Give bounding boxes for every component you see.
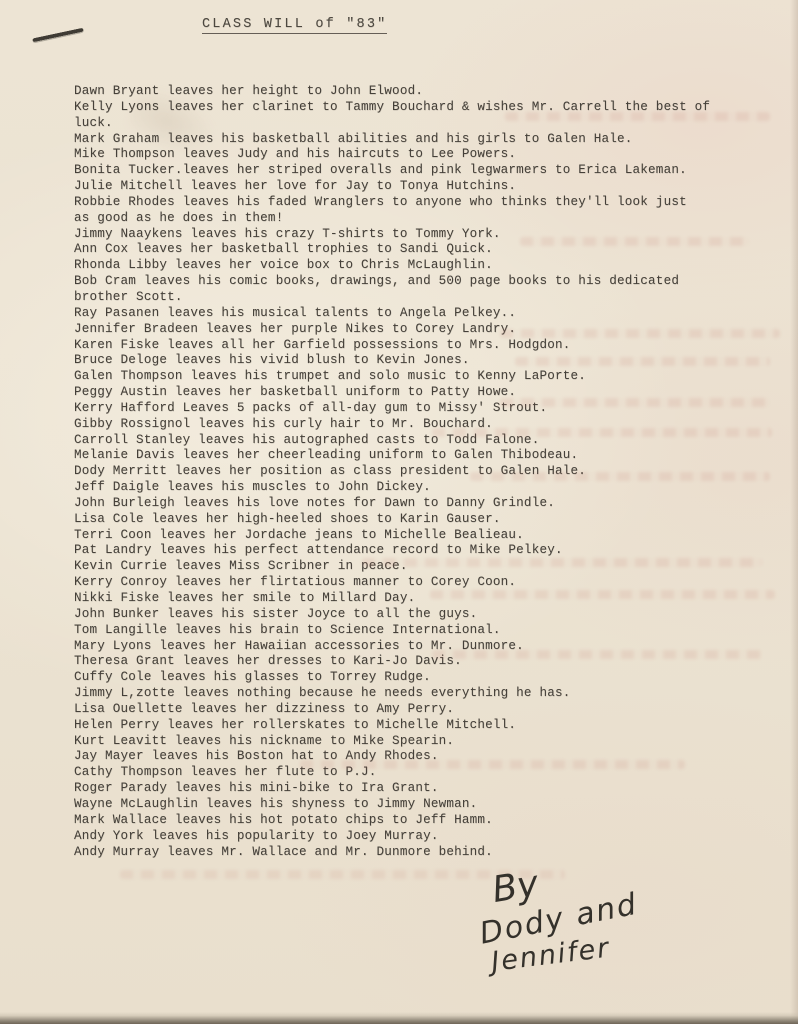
- bequest-line: Ray Pasanen leaves his musical talents t…: [74, 306, 750, 322]
- bequest-line: Kerry Hafford Leaves 5 packs of all-day …: [74, 401, 750, 417]
- bequest-line: Lisa Ouellette leaves her dizziness to A…: [74, 702, 750, 718]
- bequest-line: Kerry Conroy leaves her flirtatious mann…: [74, 575, 750, 591]
- scan-edge-shadow-bottom: [0, 1012, 798, 1024]
- bequest-line: Roger Parady leaves his mini-bike to Ira…: [74, 781, 750, 797]
- bequest-line: Dody Merritt leaves her position as clas…: [74, 464, 750, 480]
- scanned-document-page: CLASS WILL of "83" Dawn Bryant leaves he…: [0, 0, 798, 1024]
- bequest-line: Jay Mayer leaves his Boston hat to Andy …: [74, 749, 750, 765]
- bequest-line: Karen Fiske leaves all her Garfield poss…: [74, 338, 750, 354]
- bequest-line: Mike Thompson leaves Judy and his haircu…: [74, 147, 750, 163]
- bequest-line: Mark Graham leaves his basketball abilit…: [74, 132, 750, 148]
- bequest-line: Kurt Leavitt leaves his nickname to Mike…: [74, 734, 750, 750]
- bequest-line: Jeff Daigle leaves his muscles to John D…: [74, 480, 750, 496]
- bequest-line: Bruce Deloge leaves his vivid blush to K…: [74, 353, 750, 369]
- bequest-line: Robbie Rhodes leaves his faded Wranglers…: [74, 195, 750, 227]
- pen-stroke-mark: [32, 28, 84, 43]
- bequest-line: Jimmy Naaykens leaves his crazy T-shirts…: [74, 227, 750, 243]
- bequest-line: Dawn Bryant leaves her height to John El…: [74, 84, 750, 100]
- bequest-line: Jennifer Bradeen leaves her purple Nikes…: [74, 322, 750, 338]
- bequest-line: Julie Mitchell leaves her love for Jay t…: [74, 179, 750, 195]
- bequest-line: Theresa Grant leaves her dresses to Kari…: [74, 654, 750, 670]
- bequest-list: Dawn Bryant leaves her height to John El…: [74, 84, 750, 860]
- bequest-line: Cuffy Cole leaves his glasses to Torrey …: [74, 670, 750, 686]
- bequest-line: Terri Coon leaves her Jordache jeans to …: [74, 528, 750, 544]
- bequest-line: Helen Perry leaves her rollerskates to M…: [74, 718, 750, 734]
- document-title: CLASS WILL of "83": [202, 17, 387, 34]
- bequest-line: Carroll Stanley leaves his autographed c…: [74, 433, 750, 449]
- bequest-line: Rhonda Libby leaves her voice box to Chr…: [74, 258, 750, 274]
- bequest-line: Nikki Fiske leaves her smile to Millard …: [74, 591, 750, 607]
- bequest-line: Pat Landry leaves his perfect attendance…: [74, 543, 750, 559]
- bequest-line: Andy York leaves his popularity to Joey …: [74, 829, 750, 845]
- bequest-line: Tom Langille leaves his brain to Science…: [74, 623, 750, 639]
- handwritten-signature: By Dody and Jennifer: [474, 848, 711, 974]
- bequest-line: Ann Cox leaves her basketball trophies t…: [74, 242, 750, 258]
- bequest-line: Bob Cram leaves his comic books, drawing…: [74, 274, 750, 306]
- bequest-line: Melanie Davis leaves her cheerleading un…: [74, 448, 750, 464]
- bequest-line: Peggy Austin leaves her basketball unifo…: [74, 385, 750, 401]
- bequest-line: Galen Thompson leaves his trumpet and so…: [74, 369, 750, 385]
- bequest-line: Cathy Thompson leaves her flute to P.J.: [74, 765, 750, 781]
- bequest-line: Mark Wallace leaves his hot potato chips…: [74, 813, 750, 829]
- bequest-line: Jimmy L,zotte leaves nothing because he …: [74, 686, 750, 702]
- bequest-line: Mary Lyons leaves her Hawaiian accessori…: [74, 639, 750, 655]
- bequest-line: Gibby Rossignol leaves his curly hair to…: [74, 417, 750, 433]
- bequest-line: Kelly Lyons leaves her clarinet to Tammy…: [74, 100, 750, 132]
- bequest-line: John Burleigh leaves his love notes for …: [74, 496, 750, 512]
- scan-edge-shadow-right: [790, 0, 798, 1024]
- bequest-line: John Bunker leaves his sister Joyce to a…: [74, 607, 750, 623]
- bequest-line: Lisa Cole leaves her high-heeled shoes t…: [74, 512, 750, 528]
- bequest-line: Kevin Currie leaves Miss Scribner in pea…: [74, 559, 750, 575]
- bequest-line: Wayne McLaughlin leaves his shyness to J…: [74, 797, 750, 813]
- bequest-line: Bonita Tucker.leaves her striped overall…: [74, 163, 750, 179]
